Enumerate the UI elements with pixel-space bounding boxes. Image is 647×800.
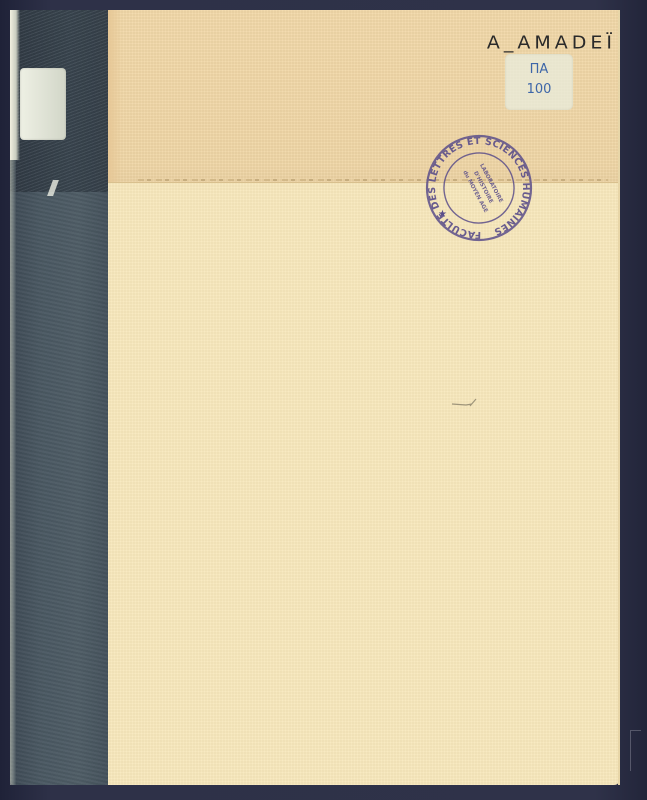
pencil-mark [450,398,480,408]
cover-top-band: A_AMADEÏ ΠA 100 [108,10,620,183]
scan-artifact [630,730,641,771]
spine-label [20,68,66,140]
front-cover: A_AMADEÏ ΠA 100 FACULTÉ DES LETTRES ET S… [108,10,620,785]
shelfmark-label: ΠA 100 [505,54,573,110]
cover-fold [108,10,122,182]
cover-right-edge [618,10,620,785]
spine-edge-highlight [10,10,20,160]
shelfmark-line-2: 100 [505,80,573,100]
author-name: A_AMADEÏ [487,33,616,54]
book: A_AMADEÏ ΠA 100 FACULTÉ DES LETTRES ET S… [10,10,620,785]
stamp-graphic: FACULTÉ DES LETTRES ET SCIENCES HUMAINES… [424,133,534,243]
stamp-star-icon: ★ [438,209,447,220]
library-stamp: FACULTÉ DES LETTRES ET SCIENCES HUMAINES… [424,133,534,243]
shelfmark-line-1: ΠA [505,60,573,80]
book-spine [10,10,108,785]
cover-tear-line [138,179,608,181]
